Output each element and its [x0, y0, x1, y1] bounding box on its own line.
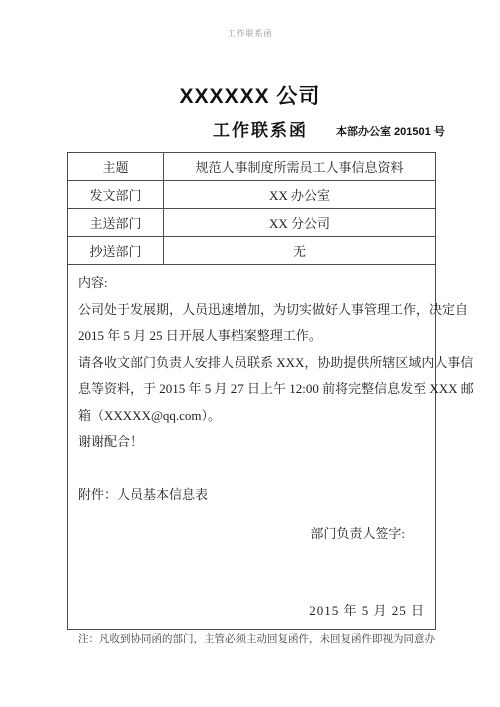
document-page: 工作联系函 XXXXXX 公司 工作联系函 本部办公室 201501 号 主题 … — [0, 0, 500, 707]
content-cell: 内容: 公司处于发展期，人员迅速增加，为切实做好人事管理工作，决定自 2015 … — [68, 265, 435, 629]
row-label-cc-dept: 抄送部门 — [68, 237, 164, 264]
attachment-line: 附件：人员基本信息表 — [78, 482, 425, 509]
content-line: 息等资料，于 2015 年 5 月 27 日上午 12:00 前将完整信息发至 … — [78, 376, 425, 403]
content-heading: 内容: — [78, 270, 425, 297]
content-line: 公司处于发展期，人员迅速增加，为切实做好人事管理工作，决定自 — [78, 297, 425, 324]
row-label-subject: 主题 — [68, 153, 164, 180]
row-value-issuing-dept: XX 办公室 — [164, 181, 435, 208]
thanks-line: 谢谢配合！ — [78, 429, 425, 456]
table-row-cc-dept: 抄送部门 无 — [68, 237, 435, 265]
page-header-caption: 工作联系函 — [0, 28, 500, 39]
table-row-issuing-dept: 发文部门 XX 办公室 — [68, 181, 435, 209]
document-date: 2015 年 5 月 25 日 — [309, 598, 425, 625]
row-label-main-recipient: 主送部门 — [68, 209, 164, 236]
content-line: 箱（XXXXX@qq.com）。 — [78, 403, 425, 430]
company-title: XXXXXX 公司 — [0, 80, 500, 110]
table-row-main-recipient: 主送部门 XX 分公司 — [68, 209, 435, 237]
document-subtitle: 工作联系函 — [213, 116, 308, 141]
row-value-cc-dept: 无 — [164, 237, 435, 264]
signature-label: 部门负责人签字: — [310, 521, 405, 548]
document-number: 本部办公室 201501 号 — [336, 123, 445, 139]
footnote: 注：凡收到协同函的部门，主管必须主动回复函件，未回复函件即视为同意办 — [67, 631, 447, 646]
row-label-issuing-dept: 发文部门 — [68, 181, 164, 208]
contact-letter-table: 主题 规范人事制度所需员工人事信息资料 发文部门 XX 办公室 主送部门 XX … — [67, 152, 436, 630]
row-value-main-recipient: XX 分公司 — [164, 209, 435, 236]
content-line: 2015 年 5 月 25 日开展人事档案整理工作。 — [78, 323, 425, 350]
table-row-subject: 主题 规范人事制度所需员工人事信息资料 — [68, 153, 435, 181]
row-value-subject: 规范人事制度所需员工人事信息资料 — [164, 153, 435, 180]
content-line: 请各收文部门负责人安排人员联系 XXX，协助提供所辖区域内人事信 — [78, 350, 425, 377]
